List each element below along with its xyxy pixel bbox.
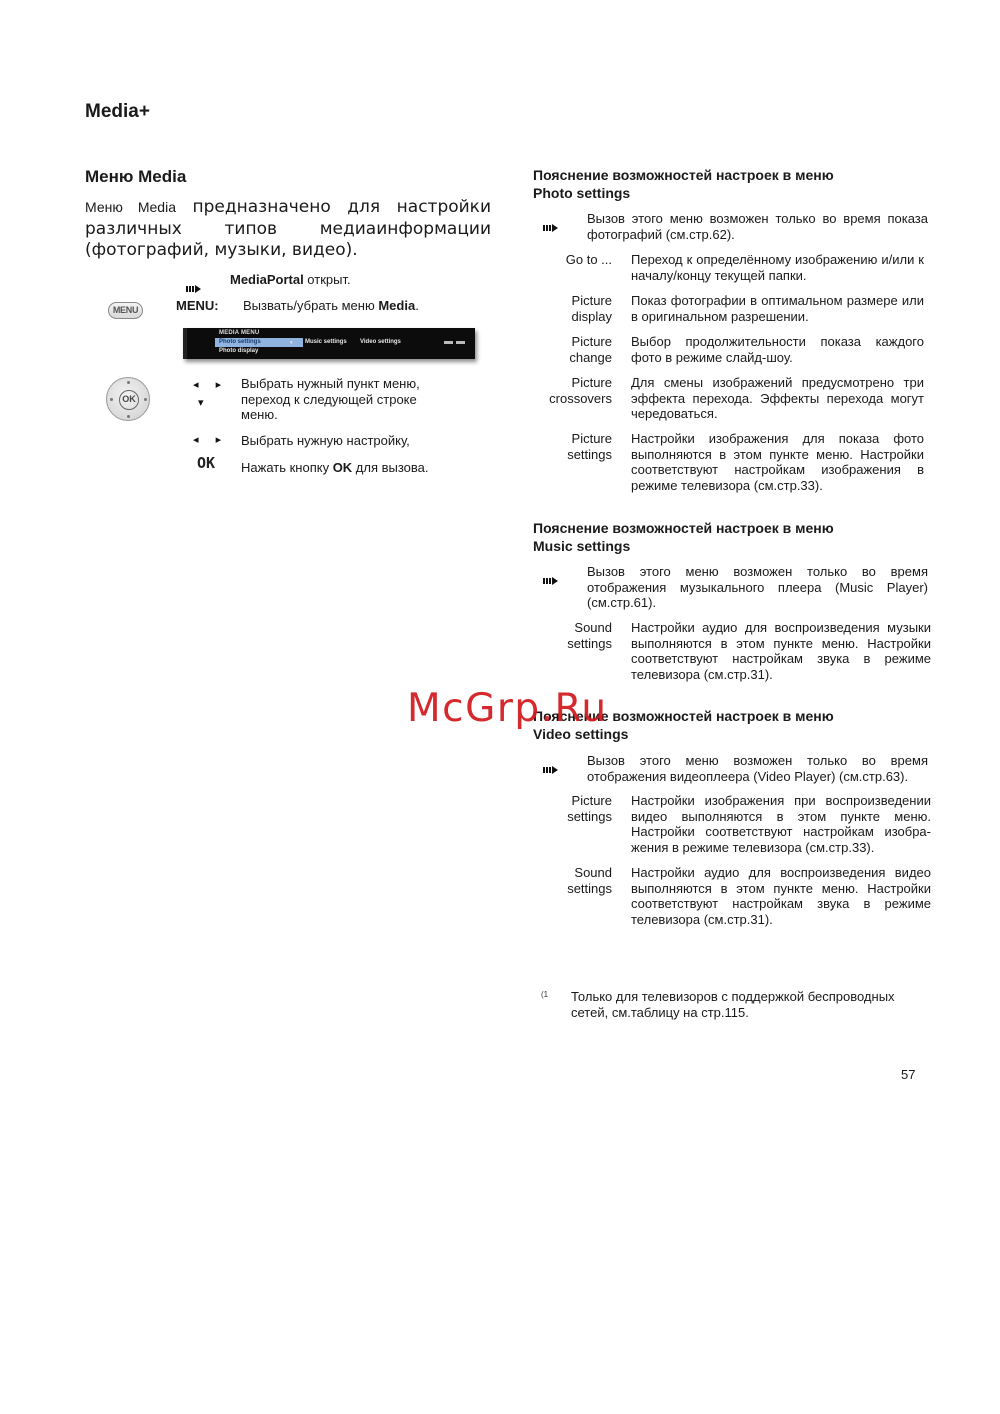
desc-picture-crossovers: Для смены изображений предусмотрено три … xyxy=(631,375,924,422)
term-picture-settings: Picture settings xyxy=(530,431,612,462)
tv-menu-item-video-settings: Video settings xyxy=(360,339,401,345)
term-video-picture-settings: Picture settings xyxy=(530,793,612,824)
down-arrow-icon: ▾ xyxy=(198,396,211,409)
intro-paragraph: Меню Media предназначено для настройки р… xyxy=(85,197,491,262)
nav-step-3-text: Нажать кнопку OK для вызова. xyxy=(241,460,429,476)
page-title: Media+ xyxy=(85,101,150,123)
tv-menu-badges xyxy=(441,331,465,349)
tv-menu-cursor-icon: ▾ xyxy=(290,340,293,346)
desc-go-to: Переход к определённому изображению и/ил… xyxy=(631,252,924,283)
intro-lead: Меню Media xyxy=(85,199,176,215)
footnote-mark: (1 xyxy=(541,990,548,999)
tv-menu-subitem-photo-display: Photo display xyxy=(219,348,258,354)
tv-menu-title: MEDIA MENU xyxy=(219,330,259,336)
video-settings-note: Вызов этого меню возможен только во врем… xyxy=(587,753,928,784)
tv-menu-item-photo-settings: Photo settings xyxy=(219,339,261,345)
desc-picture-change: Выбор продолжительности показа каждого ф… xyxy=(631,334,924,365)
menu-key-label: MENU: xyxy=(176,298,219,314)
note-arrow-icon xyxy=(543,219,559,237)
watermark: McGrp.Ru xyxy=(407,686,608,731)
precondition-text: MediaPortal открыт. xyxy=(230,272,351,288)
term-sound-settings: Sound settings xyxy=(530,620,612,651)
term-picture-change: Picture change xyxy=(530,334,612,365)
menu-remote-button-icon: MENU xyxy=(108,302,143,319)
section-title: Меню Media xyxy=(85,167,186,187)
term-go-to: Go to ... xyxy=(530,252,612,268)
tv-menu-item-music-settings: Music settings xyxy=(305,339,347,345)
left-right-arrows-icon: ◂ ▸ xyxy=(193,378,228,391)
desc-picture-display: Показ фотографии в оптимальном размере и… xyxy=(631,293,924,324)
desc-video-sound-settings: Настройки аудио для воспроизведения виде… xyxy=(631,865,931,927)
note-arrow-icon xyxy=(543,572,559,590)
music-settings-heading: Пояснение возможностей настроек в меню M… xyxy=(533,520,933,555)
nav-step-2-text: Выбрать нужную настройку, xyxy=(241,433,410,449)
photo-settings-heading: Пояснение возможностей настроек в меню P… xyxy=(533,167,933,202)
page-number: 57 xyxy=(901,1067,915,1082)
term-picture-crossovers: Picture crossovers xyxy=(530,375,612,406)
nav-step-1-text: Выбрать нужный пункт меню, переход к сле… xyxy=(241,376,441,423)
ok-navigation-dial-icon: OK xyxy=(106,377,150,421)
ok-key-label: OK xyxy=(197,454,215,472)
music-settings-note: Вызов этого меню возможен только во врем… xyxy=(587,564,928,611)
left-right-arrows-icon: ◂ ▸ xyxy=(193,433,228,446)
menu-step-text: Вызвать/убрать меню Media. xyxy=(243,298,419,314)
desc-sound-settings: Настройки аудио для воспроизведения музы… xyxy=(631,620,931,682)
term-video-sound-settings: Sound settings xyxy=(530,865,612,896)
term-picture-display: Picture display xyxy=(530,293,612,324)
note-arrow-icon xyxy=(543,761,559,779)
desc-picture-settings: Настройки изображения для показа фото вы… xyxy=(631,431,924,493)
note-arrow-icon xyxy=(186,280,202,298)
desc-video-picture-settings: Настройки изображения при воспроизведени… xyxy=(631,793,931,855)
tv-media-menu-screenshot: MEDIA MENU Photo settings ▾ Music settin… xyxy=(183,328,475,359)
footnote-text: Только для телевизоров с поддержкой бесп… xyxy=(571,989,916,1020)
photo-settings-note: Вызов этого меню возможен только во врем… xyxy=(587,211,928,242)
